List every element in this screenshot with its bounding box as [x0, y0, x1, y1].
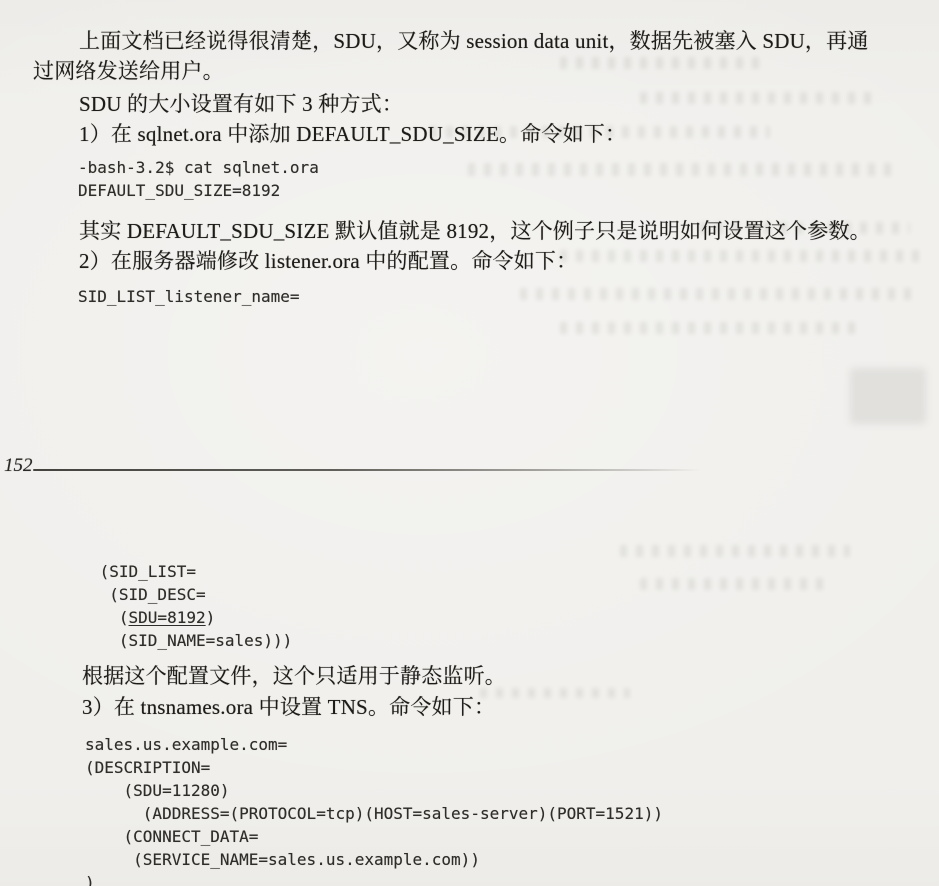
code-block-listener-ora-line3: (SDU=8192) [90, 606, 215, 629]
ghost-bleedthrough [480, 688, 630, 698]
ghost-bleedthrough [520, 288, 920, 300]
page-number: 152 [4, 455, 33, 477]
ghost-bleedthrough [640, 578, 830, 590]
code-block-listener-ora-head: SID_LIST_listener_name= [78, 285, 300, 308]
list-item-step1: 1）在 sqlnet.ora 中添加 DEFAULT_SDU_SIZE。命令如下… [79, 122, 626, 146]
list-item-step2: 2）在服务器端修改 listener.ora 中的配置。命令如下： [79, 249, 577, 273]
paragraph-sdu-intro-line1: 上面文档已经说得很清楚，SDU，又称为 session data unit，数据… [79, 29, 869, 53]
code-block-listener-ora-line1: (SID_LIST= [90, 560, 196, 583]
page-footer-rule [33, 469, 701, 471]
paragraph-sdu-intro-line2: 过网络发送给用户。 [33, 59, 224, 83]
ghost-bleedthrough [620, 545, 850, 557]
ghost-bleedthrough [560, 57, 760, 69]
code-block-listener-ora-line4: (SID_NAME=sales))) [90, 629, 292, 652]
code-block-sqlnet-ora: -bash-3.2$ cat sqlnet.ora DEFAULT_SDU_SI… [78, 156, 319, 202]
ghost-bleedthrough [850, 368, 926, 424]
ghost-bleedthrough [560, 322, 860, 334]
code-sdu-open: ( [90, 608, 129, 627]
paragraph-default-sdu-note: 其实 DEFAULT_SDU_SIZE 默认值就是 8192，这个例子只是说明如… [79, 219, 871, 243]
ghost-bleedthrough [640, 92, 880, 104]
code-sdu-close: ) [206, 608, 216, 627]
code-block-listener-ora-line2: (SID_DESC= [90, 583, 206, 606]
scanned-book-page: { "colors": { "paper": "#f0efec", "ink":… [0, 0, 939, 886]
paragraph-static-listener-note: 根据这个配置文件，这个只适用于静态监听。 [82, 664, 506, 688]
ghost-bleedthrough [560, 250, 920, 262]
list-item-step3: 3）在 tnsnames.ora 中设置 TNS。命令如下： [82, 695, 495, 719]
code-block-tnsnames-ora: sales.us.example.com= (DESCRIPTION= (SDU… [85, 733, 663, 886]
code-sdu-underlined-value: SDU=8192 [129, 608, 206, 627]
ghost-bleedthrough [468, 163, 898, 176]
paragraph-sdu-three-ways: SDU 的大小设置有如下 3 种方式： [79, 92, 403, 116]
